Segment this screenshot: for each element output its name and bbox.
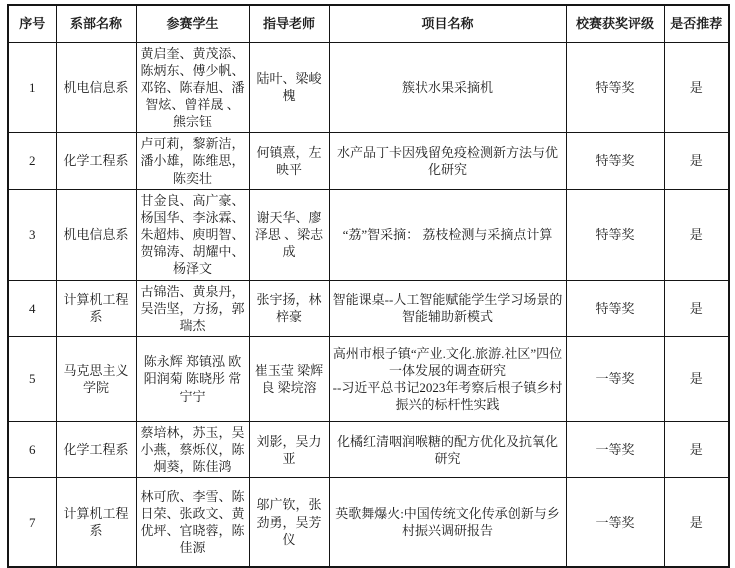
cell-award: 特等奖 bbox=[566, 280, 664, 336]
cell-department: 计算机工程系 bbox=[56, 280, 136, 336]
cell-award: 一等奖 bbox=[566, 478, 664, 567]
cell-students: 甘金良、高广豪、杨国华、李泳霖、朱超炜、庾明智、贺锦涛、胡耀中、杨泽文 bbox=[136, 189, 249, 280]
cell-students: 卢可莉，黎新洁，潘小雄，陈维思，陈奕壮 bbox=[136, 133, 249, 189]
cell-teachers: 陆叶、梁峻槐 bbox=[249, 42, 329, 133]
cell-award: 特等奖 bbox=[566, 133, 664, 189]
cell-department: 化学工程系 bbox=[56, 422, 136, 478]
cell-no: 7 bbox=[8, 478, 56, 567]
cell-project: 簇状水果采摘机 bbox=[329, 42, 566, 133]
table-row: 2 化学工程系 卢可莉，黎新洁，潘小雄，陈维思，陈奕壮 何镇熹，左映平 水产品丁… bbox=[8, 133, 729, 189]
cell-project: 高州市根子镇“产业.文化.旅游.社区”四位一体发展的调查研究 --习近平总书记2… bbox=[329, 337, 566, 422]
column-header-students: 参赛学生 bbox=[136, 5, 249, 42]
column-header-recommended: 是否推荐 bbox=[664, 5, 729, 42]
table-row: 5 马克思主义学院 陈永辉 郑镇泓 欧阳润菊 陈晓彤 常宁宁 崔玉莹 梁辉良 梁… bbox=[8, 337, 729, 422]
cell-no: 5 bbox=[8, 337, 56, 422]
column-header-project: 项目名称 bbox=[329, 5, 566, 42]
cell-students: 蔡培林，苏玉，吴小燕，蔡烁仪，陈炯葵，陈佳鸿 bbox=[136, 422, 249, 478]
cell-department: 化学工程系 bbox=[56, 133, 136, 189]
cell-recommended: 是 bbox=[664, 42, 729, 133]
column-header-teachers: 指导老师 bbox=[249, 5, 329, 42]
cell-recommended: 是 bbox=[664, 337, 729, 422]
column-header-department: 系部名称 bbox=[56, 5, 136, 42]
cell-teachers: 张宇扬，林梓豪 bbox=[249, 280, 329, 336]
cell-teachers: 崔玉莹 梁辉良 梁垸溶 bbox=[249, 337, 329, 422]
cell-no: 3 bbox=[8, 189, 56, 280]
awards-table: 序号 系部名称 参赛学生 指导老师 项目名称 校赛获奖评级 是否推荐 1 机电信… bbox=[7, 4, 730, 568]
cell-department: 马克思主义学院 bbox=[56, 337, 136, 422]
cell-project: 水产品丁卡因残留免疫检测新方法与优化研究 bbox=[329, 133, 566, 189]
cell-no: 1 bbox=[8, 42, 56, 133]
table-row: 6 化学工程系 蔡培林，苏玉，吴小燕，蔡烁仪，陈炯葵，陈佳鸿 刘影，吴力亚 化橘… bbox=[8, 422, 729, 478]
cell-teachers: 何镇熹，左映平 bbox=[249, 133, 329, 189]
cell-recommended: 是 bbox=[664, 422, 729, 478]
cell-project: “荔”智采摘： 荔枝检测与采摘点计算 bbox=[329, 189, 566, 280]
table-row: 3 机电信息系 甘金良、高广豪、杨国华、李泳霖、朱超炜、庾明智、贺锦涛、胡耀中、… bbox=[8, 189, 729, 280]
table-body: 1 机电信息系 黄启奎、黄茂添、陈炳东、傅少帆、邓铭、陈春旭、潘智炫、曾祥晟 、… bbox=[8, 42, 729, 567]
table-row: 1 机电信息系 黄启奎、黄茂添、陈炳东、傅少帆、邓铭、陈春旭、潘智炫、曾祥晟 、… bbox=[8, 42, 729, 133]
cell-project: 化橘红清咽润喉糖的配方优化及抗氧化研究 bbox=[329, 422, 566, 478]
cell-students: 黄启奎、黄茂添、陈炳东、傅少帆、邓铭、陈春旭、潘智炫、曾祥晟 、熊宗钰 bbox=[136, 42, 249, 133]
cell-teachers: 谢天华、廖泽思 、梁志成 bbox=[249, 189, 329, 280]
column-header-no: 序号 bbox=[8, 5, 56, 42]
cell-recommended: 是 bbox=[664, 133, 729, 189]
cell-award: 特等奖 bbox=[566, 42, 664, 133]
cell-department: 计算机工程系 bbox=[56, 478, 136, 567]
cell-students: 古锦浩、黄泉丹，吴浩坚，方扬，郭瑞杰 bbox=[136, 280, 249, 336]
cell-project: 英歌舞爆火:中国传统文化传承创新与乡村振兴调研报告 bbox=[329, 478, 566, 567]
cell-no: 4 bbox=[8, 280, 56, 336]
column-header-award: 校赛获奖评级 bbox=[566, 5, 664, 42]
document-page: 序号 系部名称 参赛学生 指导老师 项目名称 校赛获奖评级 是否推荐 1 机电信… bbox=[0, 0, 735, 549]
cell-award: 特等奖 bbox=[566, 189, 664, 280]
cell-project: 智能课桌--人工智能赋能学生学习场景的智能辅助新模式 bbox=[329, 280, 566, 336]
table-row: 4 计算机工程系 古锦浩、黄泉丹，吴浩坚，方扬，郭瑞杰 张宇扬，林梓豪 智能课桌… bbox=[8, 280, 729, 336]
cell-department: 机电信息系 bbox=[56, 189, 136, 280]
cell-department: 机电信息系 bbox=[56, 42, 136, 133]
table-row: 7 计算机工程系 林可欣、李雪、陈日荣、张政文、黄优坪、官晓蓉，陈佳源 邬广钦，… bbox=[8, 478, 729, 567]
header-row: 序号 系部名称 参赛学生 指导老师 项目名称 校赛获奖评级 是否推荐 bbox=[8, 5, 729, 42]
cell-award: 一等奖 bbox=[566, 422, 664, 478]
cell-recommended: 是 bbox=[664, 478, 729, 567]
cell-recommended: 是 bbox=[664, 189, 729, 280]
cell-award: 一等奖 bbox=[566, 337, 664, 422]
cell-students: 陈永辉 郑镇泓 欧阳润菊 陈晓彤 常宁宁 bbox=[136, 337, 249, 422]
cell-recommended: 是 bbox=[664, 280, 729, 336]
cell-teachers: 邬广钦，张劲勇，吴芳仪 bbox=[249, 478, 329, 567]
cell-teachers: 刘影，吴力亚 bbox=[249, 422, 329, 478]
cell-no: 2 bbox=[8, 133, 56, 189]
cell-no: 6 bbox=[8, 422, 56, 478]
cell-students: 林可欣、李雪、陈日荣、张政文、黄优坪、官晓蓉，陈佳源 bbox=[136, 478, 249, 567]
